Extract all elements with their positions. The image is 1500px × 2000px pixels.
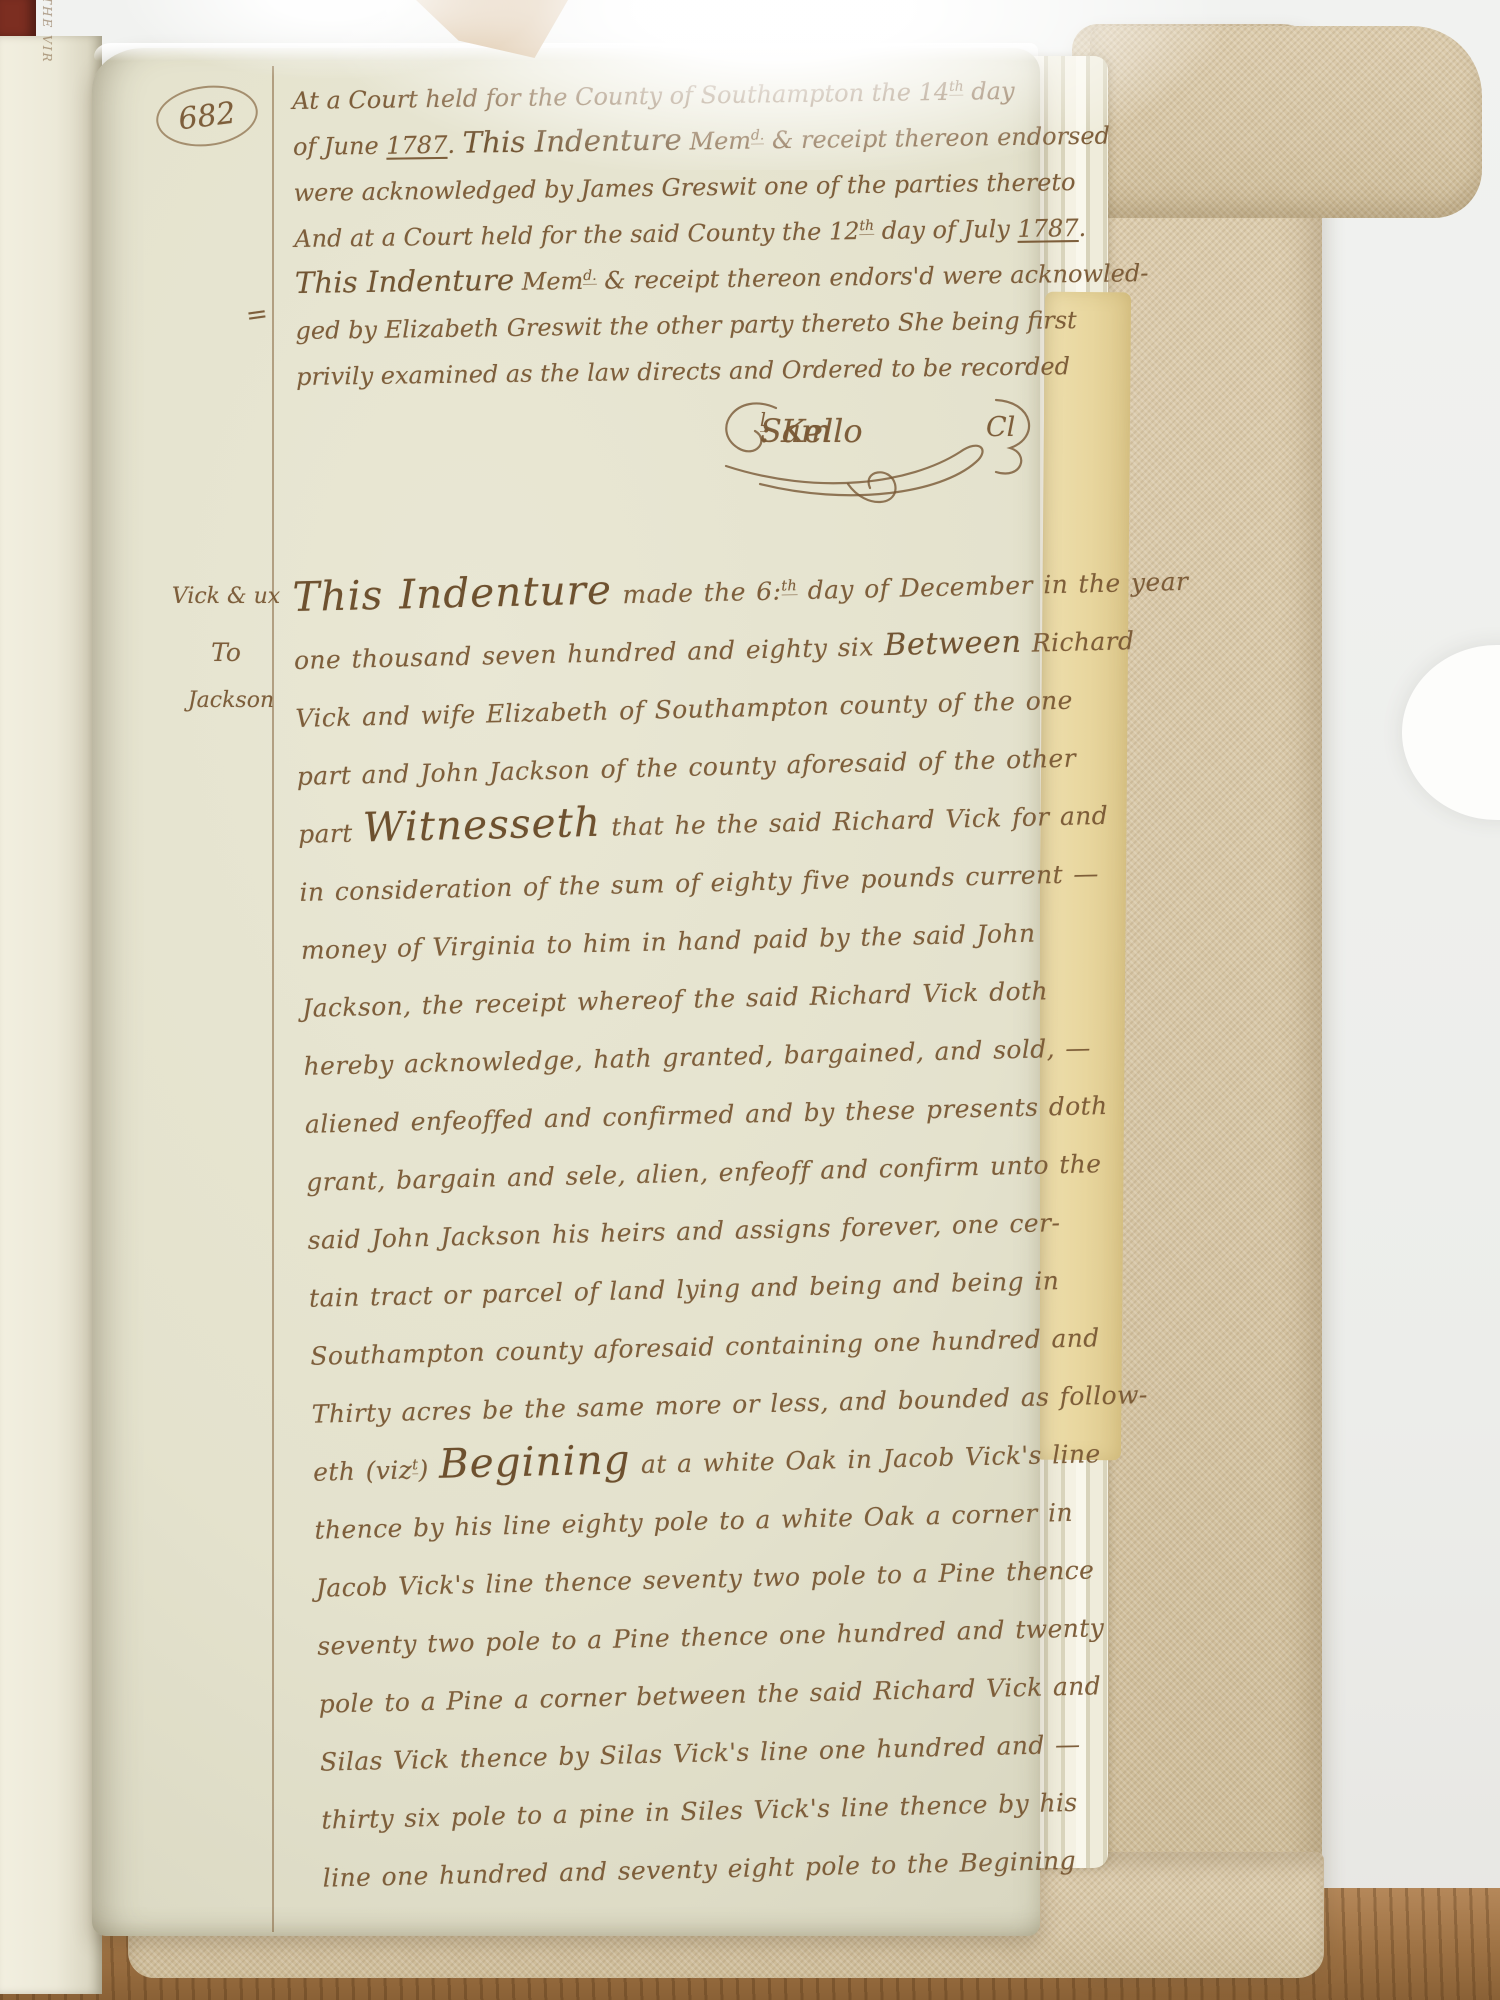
text-segment: Witnesseth [362, 798, 601, 852]
text-segment: Thirty acres be the same more or less, a… [311, 1380, 1148, 1429]
text-segment: thirty six pole to a pine in Siles Vick'… [321, 1788, 1078, 1835]
text-segment: Silas Vick thence by Silas Vick's line o… [320, 1730, 1081, 1777]
text-segment: aliened enfeoffed and confirmed and by t… [305, 1091, 1108, 1139]
text-segment: Richard [1021, 626, 1135, 658]
text-segment: & receipt thereon endorsed [764, 122, 1110, 155]
margin-mark: = [244, 299, 270, 332]
margin-rule-line [272, 66, 274, 1932]
text-segment: . [1078, 214, 1086, 242]
text-segment: that he the said Richard Vick for and [601, 801, 1109, 842]
text-segment: ged by Elizabeth Greswit the other party… [295, 306, 1077, 345]
text-segment: in consideration of the sum of eighty fi… [299, 859, 1099, 907]
text-segment: This Indenture [462, 123, 682, 160]
text-segment: grant, bargain and sele, alien, enfeoff … [306, 1149, 1102, 1197]
book-cover-cloth-top [1090, 26, 1482, 218]
text-segment: ) [418, 1455, 439, 1484]
clerk-signature: Saml: Kello Cl [698, 386, 1042, 512]
signature-title: Cl [986, 412, 1015, 443]
white-object [1402, 645, 1500, 820]
text-segment: This Indenture [295, 263, 515, 300]
text-segment: Mem [514, 267, 584, 296]
text-segment: And at a Court held for the said County … [294, 217, 860, 253]
margin-note-grantee: Jackson [176, 688, 286, 713]
text-segment: d. [583, 268, 597, 285]
text-segment: part and John Jackson of the county afor… [296, 744, 1076, 791]
deed-text-block: This Indenture made the 6:th day of Dece… [292, 556, 1095, 1908]
text-segment: seventy two pole to a Pine thence one hu… [317, 1613, 1105, 1661]
text-segment: At a Court held for the County of Southa… [292, 78, 949, 115]
text-segment: Southampton county aforesaid containing … [310, 1323, 1100, 1371]
text-segment: pole to a Pine a corner between the said… [318, 1671, 1101, 1718]
text-segment: one thousand seven hundred and eighty si… [294, 632, 885, 675]
spine-text: THE VIR [40, 0, 54, 116]
text-segment: th [949, 79, 964, 96]
text-segment: 1787 [386, 131, 447, 160]
signature-flourish [698, 386, 1042, 512]
text-segment: made the 6: [612, 576, 782, 609]
text-segment: eth (viz [313, 1455, 413, 1486]
text-segment: at a white Oak in Jacob Vick's line [630, 1439, 1101, 1479]
text-segment: : Kello [760, 412, 863, 450]
previous-page-edge [0, 36, 102, 1994]
text-segment: hereby acknowledge, hath granted, bargai… [303, 1033, 1091, 1081]
text-segment: Vick and wife Elizabeth of Southampton c… [295, 686, 1073, 733]
text-segment: day [963, 77, 1014, 106]
text-segment: said John Jackson his heirs and assigns … [307, 1208, 1060, 1255]
text-segment: d. [751, 127, 765, 144]
text-segment: line one hundred and seventy eight pole … [322, 1846, 1076, 1893]
text-segment: Between [884, 625, 1022, 663]
text-segment: tain tract or parcel of land lying and b… [309, 1266, 1060, 1313]
scanned-book-photo: THE VIR 682 At a Court held for the Coun… [0, 0, 1500, 2000]
text-segment: This Indenture [292, 565, 613, 621]
text-segment: money of Virginia to him in hand paid by… [301, 919, 1036, 965]
text-segment: th [781, 578, 797, 595]
text-segment: . [447, 131, 463, 159]
text-segment: 1787 [1017, 214, 1078, 243]
court-record-block: At a Court held for the County of Southa… [292, 68, 1040, 400]
margin-note-grantor: Vick & ux [166, 584, 286, 609]
text-segment: were acknowledged by James Greswit one o… [293, 168, 1075, 207]
text-segment: thence by his line eighty pole to a whit… [314, 1498, 1073, 1545]
text-segment: Jacob Vick's line thence seventy two pol… [316, 1555, 1095, 1602]
text-segment: Jackson, the receipt whereof the said Ri… [302, 976, 1048, 1023]
text-segment: th [859, 218, 874, 235]
margin-note-to: To [196, 638, 256, 667]
text-segment: day of July [874, 215, 1018, 245]
text-segment: Begining [438, 1435, 631, 1488]
text-segment: part [298, 818, 364, 849]
text-segment: Mem [682, 127, 752, 156]
text-segment: of June [293, 132, 387, 161]
